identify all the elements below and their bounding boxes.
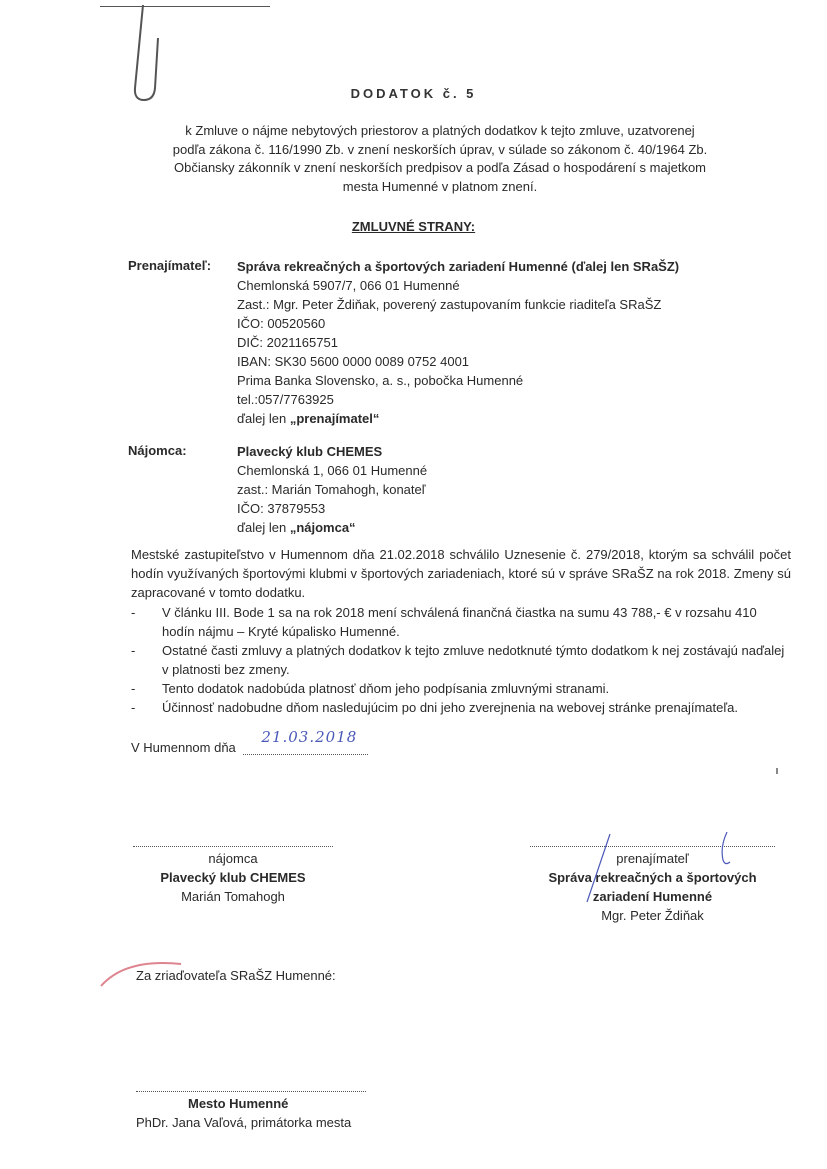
intro-line: Občiansky zákonník v znení neskorších pr…: [120, 159, 760, 178]
intro-line: podľa zákona č. 116/1990 Zb. v znení nes…: [120, 141, 760, 160]
tenant-line: zast.: Marián Tomahogh, konateľ: [237, 480, 427, 499]
signature-tenant: nájomca Plavecký klub CHEMES Marián Toma…: [133, 846, 333, 906]
lessor-alias: ďalej len „prenajímatel“: [237, 409, 679, 428]
founder-label: Za zriaďovateľa SRaŠZ Humenné:: [136, 968, 336, 983]
lessor-line: IBAN: SK30 5600 0000 0089 0752 4001: [237, 352, 679, 371]
lessor-name: Správa rekreačných a športových zariaden…: [237, 257, 679, 276]
tenant-alias: ďalej len „nájomca“: [237, 518, 427, 537]
date-label: V Humennom dňa: [131, 740, 236, 755]
lessor-line: Prima Banka Slovensko, a. s., pobočka Hu…: [237, 371, 679, 390]
intro-line: mesta Humenné v platnom znení.: [120, 178, 760, 197]
list-item: -Tento dodatok nadobúda platnosť dňom je…: [131, 679, 791, 698]
lessor-line: IČO: 00520560: [237, 314, 679, 333]
lessor-line: DIČ: 2021165751: [237, 333, 679, 352]
lessor-label: Prenajímateľ:: [128, 258, 211, 273]
date-field: 21.03.2018: [243, 742, 368, 755]
lessor-line: Chemlonská 5907/7, 066 01 Humenné: [237, 276, 679, 295]
lessor-line: tel.:057/7763925: [237, 390, 679, 409]
signature-line: [136, 1091, 366, 1092]
list-item: -Účinnosť nadobudne dňom nasledujúcim po…: [131, 698, 791, 717]
handwritten-signature: [575, 832, 755, 912]
tenant-name: Plavecký klub CHEMES: [237, 442, 427, 461]
signature-founder: Mesto Humenné PhDr. Jana Vaľová, primáto…: [136, 1091, 366, 1132]
scan-edge-line: [100, 6, 270, 7]
tenant-line: Chemlonská 1, 066 01 Humenné: [237, 461, 427, 480]
tenant-label: Nájomca:: [128, 443, 187, 458]
tenant-line: IČO: 37879553: [237, 499, 427, 518]
amendment-list: -V článku III. Bode 1 sa na rok 2018 men…: [131, 603, 791, 717]
lessor-block: Správa rekreačných a športových zariaden…: [237, 257, 679, 428]
list-item: -V článku III. Bode 1 sa na rok 2018 men…: [131, 603, 791, 641]
resolution-paragraph: Mestské zastupiteľstvo v Humennom dňa 21…: [131, 545, 791, 602]
intro-text: k Zmluve o nájme nebytových priestorov a…: [120, 122, 760, 196]
lessor-line: Zast.: Mgr. Peter Ždiňak, poverený zastu…: [237, 295, 679, 314]
intro-line: k Zmluve o nájme nebytových priestorov a…: [120, 122, 760, 141]
list-item: -Ostatné časti zmluvy a platných dodatko…: [131, 641, 791, 679]
tenant-block: Plavecký klub CHEMES Chemlonská 1, 066 0…: [237, 442, 427, 537]
date-line: V Humennom dňa 21.03.2018: [131, 740, 368, 755]
parties-heading: ZMLUVNÉ STRANY:: [0, 219, 827, 234]
signature-line: [133, 846, 333, 847]
document-title: DODATOK č. 5: [0, 86, 827, 101]
handwritten-date: 21.03.2018: [261, 728, 357, 746]
scan-mark: [776, 768, 778, 774]
